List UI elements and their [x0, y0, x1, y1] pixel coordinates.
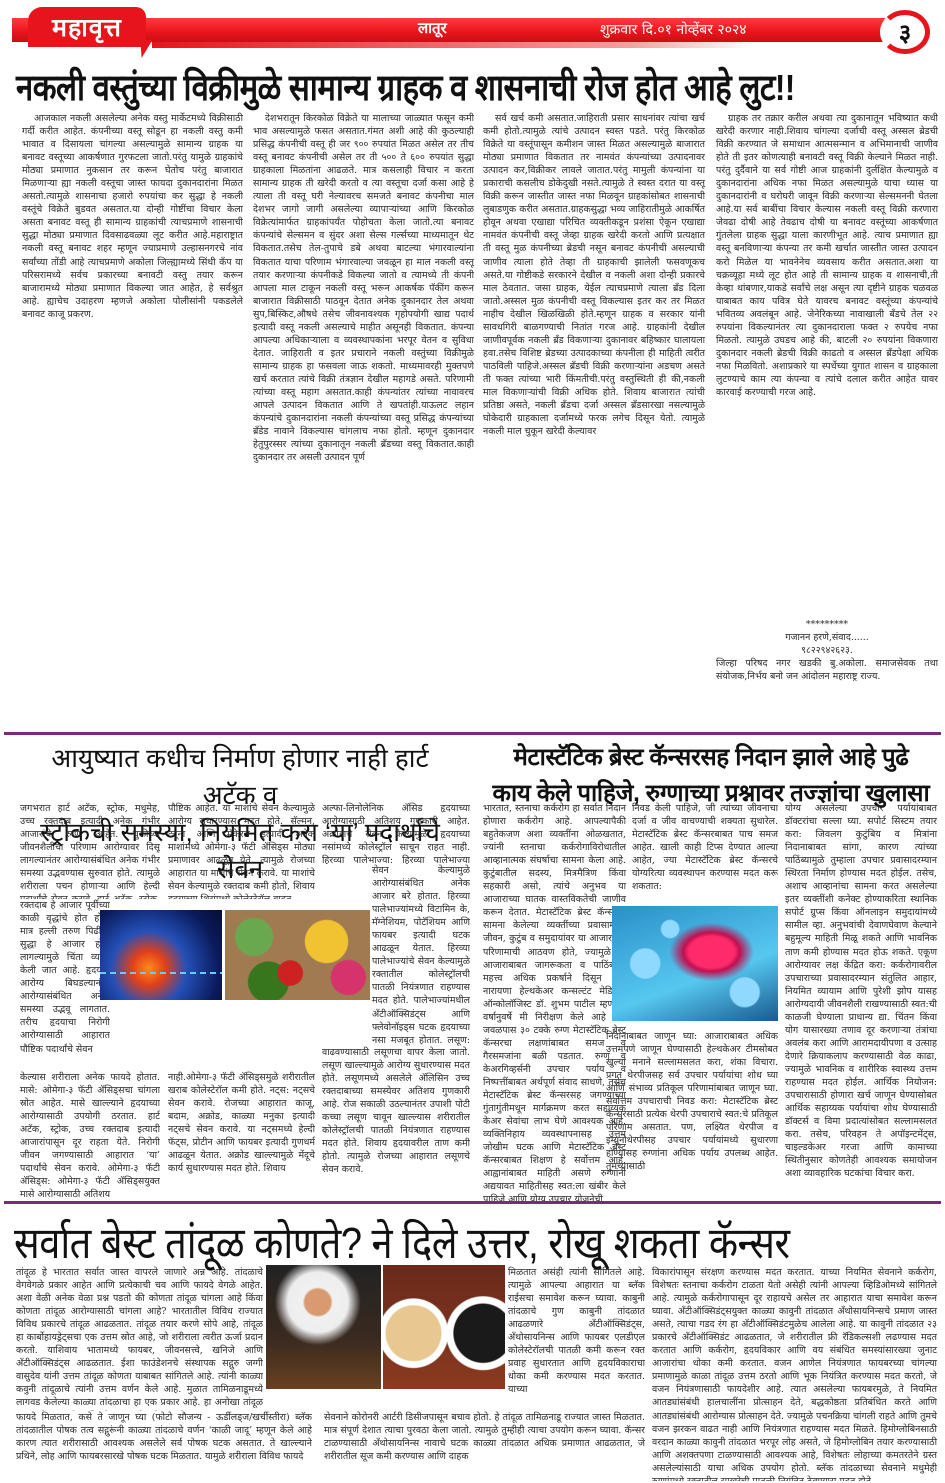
masthead-logo-box: महावृत्त [28, 7, 146, 47]
article-paragraph: देशभरातून किरकोळ विक्रेते या मालाच्या जा… [253, 112, 474, 464]
cancer-text-col-2a: निवड केली पाहिजे, जी त्यांच्या जीवनाचा द… [632, 802, 778, 892]
page-number-badge: ३ [880, 10, 930, 54]
headline-fake-goods: नकली वस्तुंच्या विक्रीमुळे सामान्य ग्राह… [16, 62, 928, 112]
rice-text-2a: मिळतात असंही त्यांनी सांगितले आहे. त्याम… [508, 1266, 645, 1411]
cancer-cell-image [612, 906, 778, 1021]
heart-text-2b: नाही.ओमेगा-३ फॅटी ॲसिड्समुळे शरीरातील खर… [168, 1071, 315, 1201]
rice-bowls-image [383, 1265, 505, 1389]
page-number: ३ [899, 16, 911, 49]
byline-block: ********* गजानन हरणे,संवाद...... ९८२२९४२… [716, 618, 938, 728]
heart-text-2a: पौष्टिक आहेत. या माशांचे सेवन केल्यामुळे… [168, 802, 315, 899]
rice-text-col-3: विकारांपासून संरक्षण करण्यास मदत करतात. … [652, 1266, 937, 1481]
heart-ecg-image [100, 910, 222, 1000]
vegetables-image [225, 910, 370, 1000]
article-fake-goods-col-3: सर्व खर्च कमी असतात.जाहिराती प्रसार साधन… [483, 112, 705, 727]
heart-text-3b: सेवन केल्यामुळे आरोग्यासंबंधित अनेक आजार… [372, 864, 470, 1046]
headline-rice: सर्वात बेस्ट तांदूळ कोणते? ने दिले उत्तर… [14, 1212, 934, 1272]
heart-text-1b: रक्तदाब हे आजार पूर्वीच्या काळी वृद्धांच… [20, 899, 110, 1071]
byline-details: जिल्हा परिषद नगर खडकी बु.अकोला. समाजसेवक… [716, 657, 938, 683]
newspaper-logo: महावृत्त [52, 10, 122, 44]
article-fake-goods-col-1: आजकाल नकली असलेल्या अनेक वस्तु मार्केटमध… [22, 112, 243, 727]
separator-stars: ********* [716, 618, 938, 631]
article-paragraph: ग्राहक तर तक्रार करील अथवा त्या दुकानातू… [716, 112, 938, 399]
article-fake-goods-col-2: देशभरातून किरकोळ विक्रेते या मालाच्या जा… [253, 112, 474, 727]
sadhguru-photo [266, 1265, 381, 1389]
article-fake-goods-col-4: ग्राहक तर तक्रार करील अथवा त्या दुकानातू… [716, 112, 938, 612]
rice-text-1a: तांदूळ हे भारतात सर्वात जास्त वापरले जाण… [16, 1266, 263, 1411]
heart-text-1c: केल्यास शरीराला अनेक फायदे होतात. मासे: … [20, 1071, 160, 1201]
byline-phone: ९८२२९४२६२३. [716, 644, 938, 657]
rice-text-1b: फायदे मिळतात, कसे ते जाणून घ्या (फोटो सौ… [16, 1411, 312, 1481]
article-paragraph: आजकाल नकली असलेल्या अनेक वस्तु मार्केटमध… [22, 112, 243, 321]
masthead: महावृत्त लातूर शुक्रवार दि.०१ नोव्हेंबर … [0, 0, 945, 58]
cancer-text-col-1: भारतात, स्तनाचा कर्करोग हा सर्वात निदान … [483, 802, 626, 1202]
headline-line-1: आयुष्यात कधीच निर्माण होणार नाही हार्ट अ… [51, 743, 428, 810]
section-divider [4, 1201, 941, 1204]
headline-line-1: मेटास्टॅटिक ब्रेस्ट कॅन्सरसह निदान झाले … [513, 744, 908, 771]
heart-text-3c: वाढवण्यासाठी लसूणचा वापर केला जातो. लसूण… [322, 1046, 470, 1201]
byline-name: गजानन हरणे,संवाद...... [716, 631, 938, 644]
issue-date: शुक्रवार दि.०१ नोव्हेंबर २०२४ [600, 20, 747, 39]
heart-text-1a: जगभरात हार्ट अटॅक, स्ट्रोक, मधुमेह, उच्च… [20, 802, 160, 899]
article-paragraph: सर्व खर्च कमी असतात.जाहिराती प्रसार साधन… [483, 112, 705, 438]
rice-text-2b: सेवनाने कोरोनरी आर्टरी डिसीजपासून बचाव ह… [324, 1411, 645, 1481]
section-divider [4, 732, 941, 735]
heart-text-3a: अल्फा-लिनोलेनिक ॲसिड हृदयाच्या आरोग्यासा… [322, 802, 470, 864]
cancer-text-col-3: योग्य असलेल्या उपचार पर्यायांबाबत डॉक्टर… [785, 802, 937, 1202]
cancer-text-col-2b: निदानाबाबत जाणून घ्या: आजाराबाबत अधिक उत… [606, 1030, 778, 1200]
edition-city: लातूर [418, 18, 447, 38]
